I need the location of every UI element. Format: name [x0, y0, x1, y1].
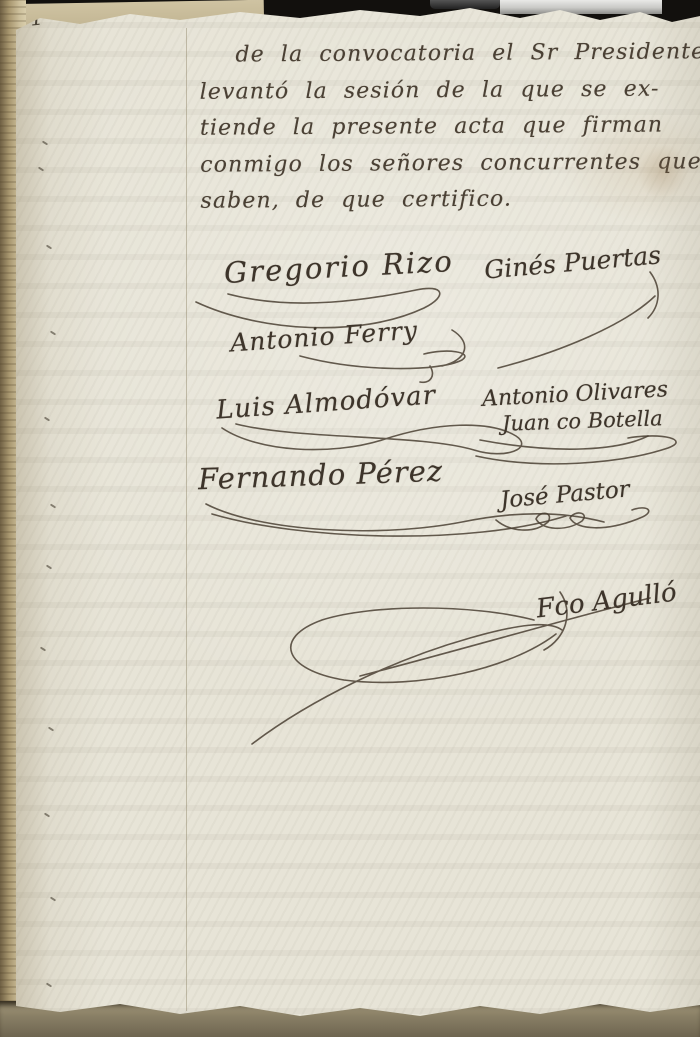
signature-flourishes [0, 0, 700, 1037]
manuscript-page: 1 3 de la convocatoria el Sr Presidente … [16, 0, 700, 1037]
book-weight [500, 0, 662, 14]
top-edge-shadow-object [430, 0, 500, 9]
scanned-manuscript-photo: 1 3 de la convocatoria el Sr Presidente … [0, 0, 700, 1037]
flourish-gines-puertas [498, 272, 658, 368]
